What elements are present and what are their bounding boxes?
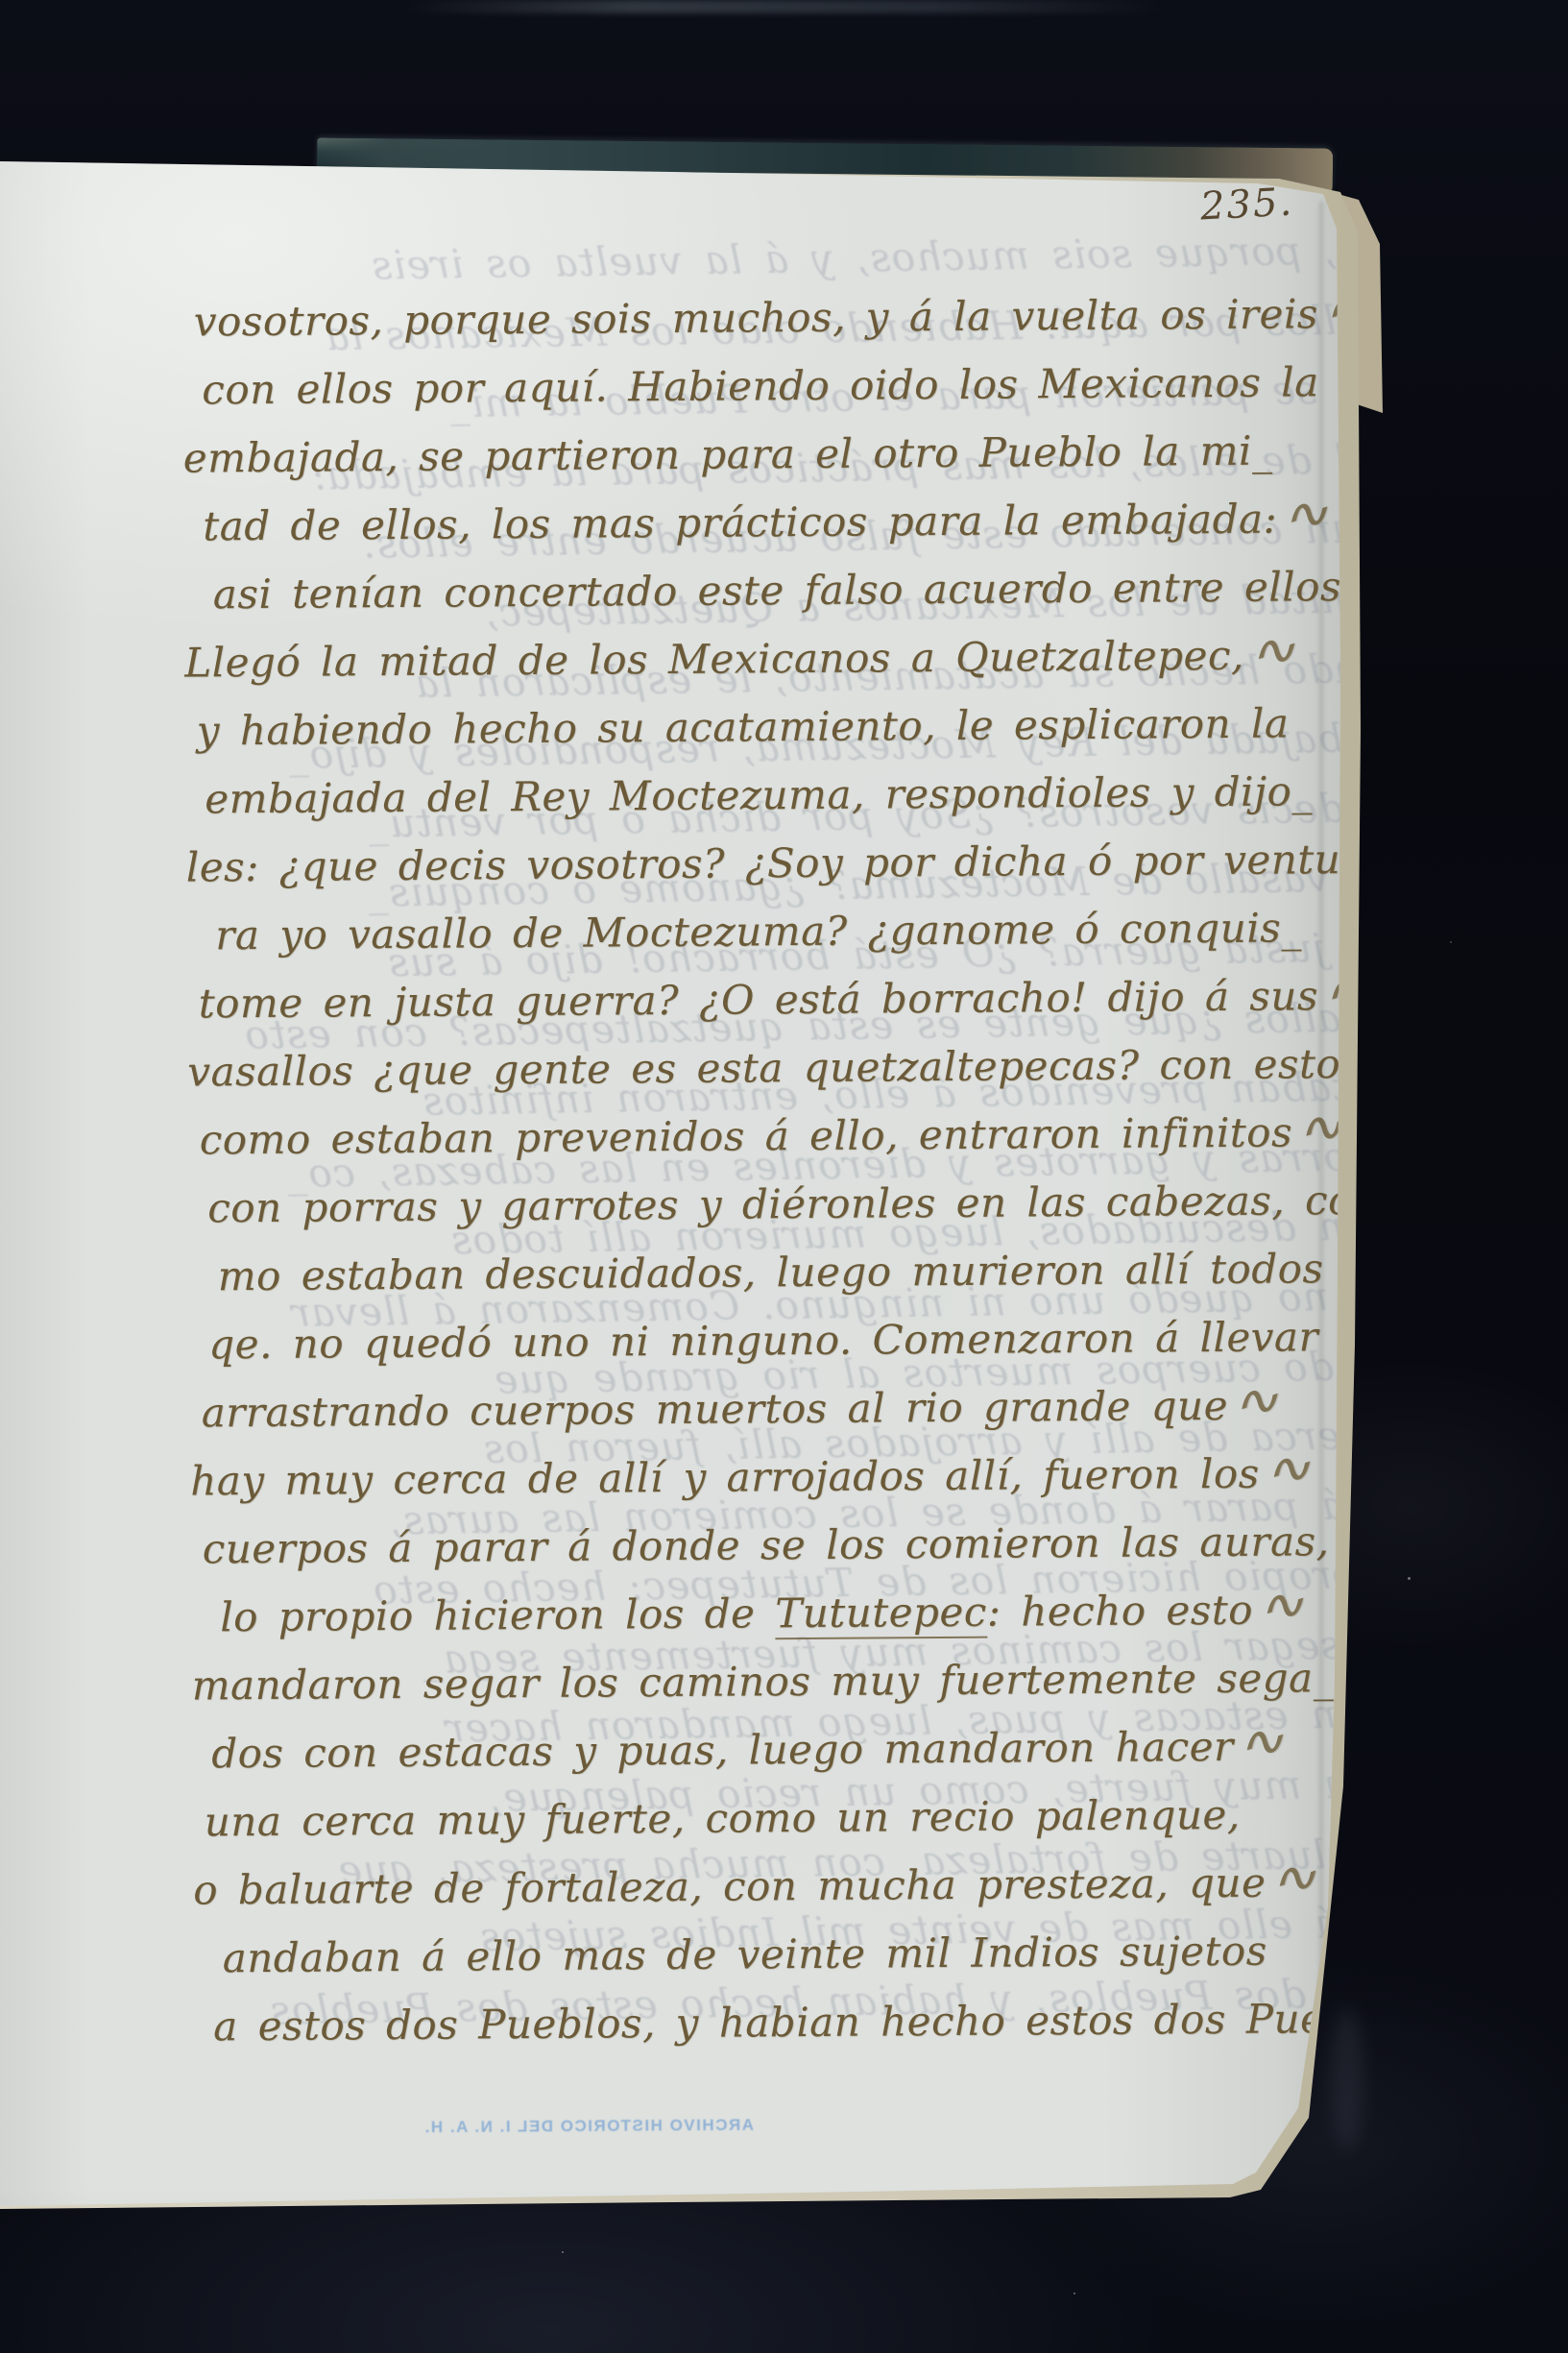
dust-speck — [1408, 1577, 1411, 1580]
background-smudge — [1331, 2007, 1363, 2151]
text-line: embajada del Rey Moctezuma, respondioles… — [205, 757, 1407, 834]
text-line: cuerpos á parar á donde se los comieron … — [202, 1507, 1411, 1584]
dust-speck — [562, 2251, 564, 2253]
dust-speck — [1450, 941, 1452, 943]
text-line: una cerca muy fuerte, como un recio pale… — [204, 1780, 1413, 1856]
text-line: mandaron segar los caminos muy fuertemen… — [191, 1643, 1412, 1720]
page-number: 235. — [1199, 180, 1294, 229]
text-line: ra yo vasallo de Moctezuma? ¿ganome ó co… — [215, 893, 1408, 970]
text-line: vosotros, porque sois muchos, y á la vue… — [194, 279, 1404, 356]
photo-scene: vosotros, porque sois muchos, y á la vue… — [0, 0, 1568, 2353]
line-end-flourish: ∿ — [1250, 1425, 1322, 1513]
underlined-word: Tututepec — [775, 1589, 987, 1640]
archive-stamp: ARCHIVO HISTORICO DEL I. N. A. H. — [437, 2116, 754, 2137]
text-line: andaban á ello mas de veinte mil Indios … — [222, 1916, 1414, 1993]
text-line: tad de ellos, los mas prácticos para la … — [203, 484, 1405, 561]
text-line: o baluarte de fortaleza, con mucha prest… — [193, 1848, 1414, 1925]
manuscript-lines: vosotros, porque sois muchos, y á la vue… — [194, 279, 1416, 2061]
dust-speck — [1073, 2292, 1075, 2294]
text-line: y habiendo hecho su acatamiento, le espl… — [197, 689, 1407, 765]
text-line: dos con estacas y puas, luego mandaron h… — [211, 1711, 1413, 1788]
text-line: asi tenían concertado este falso acuerdo… — [213, 552, 1406, 629]
text-line: Llegó la mitad de los Mexicanos a Quetza… — [184, 620, 1406, 697]
text-line: embajada, se partieron para el otro Pueb… — [183, 416, 1405, 493]
text-line: con porras y garrotes y diéronles en las… — [207, 1166, 1410, 1243]
text-line: lo propio hicieron los de Tututepec: hec… — [220, 1575, 1412, 1652]
book-cover-top-highlight — [403, 0, 1162, 13]
text-line: a estos dos Pueblos, y habian hecho esto… — [213, 1984, 1415, 2061]
text-line: qe. no quedó uno ni ninguno. Comenzaron … — [208, 1302, 1411, 1379]
text-line: como estaban prevenidos á ello, entraron… — [200, 1098, 1410, 1175]
line-end-flourish: ∿ — [1268, 471, 1340, 558]
line-end-flourish: ∿ — [1257, 1834, 1329, 1922]
text-line: les: ¿que decis vosotros? ¿Soy por dicha… — [186, 825, 1408, 902]
text-line: vasallos ¿que gente es esta quetzaltepec… — [187, 1030, 1409, 1106]
text-line: mo estaban descuidados, luego murieron a… — [218, 1234, 1411, 1311]
text-line: tome en justa guerra? ¿O está borracho! … — [199, 961, 1409, 1038]
text-line: con ellos por aquí. Habiendo oido los Me… — [202, 348, 1404, 425]
text-line: hay muy cerca de allí y arrojados allí, … — [190, 1439, 1411, 1516]
text-line: arrastrando cuerpos muertos al rio grand… — [202, 1371, 1411, 1447]
